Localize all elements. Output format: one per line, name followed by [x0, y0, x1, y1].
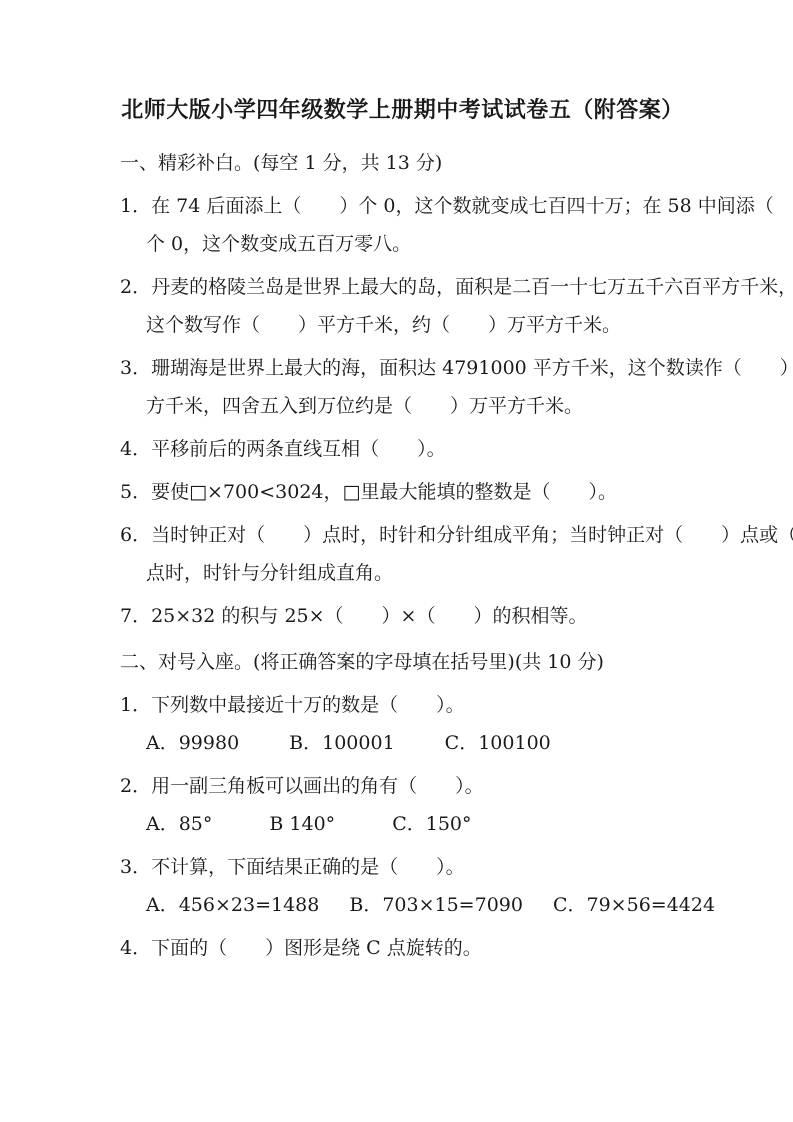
choice-question-3-stem: 3．不计算，下面结果正确的是（ ）。: [120, 848, 685, 886]
choice-question-4-stem: 4．下面的（ ）图形是绕 C 点旋转的。: [120, 929, 685, 967]
choice-question-2-options-row: A．85° B 140° C．150°: [120, 805, 685, 843]
choice-question-3-options-row: A．456×23=1488 B．703×15=7090 C．79×56=4424: [120, 886, 685, 924]
choice-question-1-options-row: A．99980 B．100001 C．100100: [120, 724, 685, 762]
question-6: 6．当时钟正对（ ）点时，时针和分针组成平角；当时钟正对（ ）点或（ ） 点时，…: [120, 516, 685, 592]
choice-question-3-option-b: B．703×15=7090: [349, 886, 523, 924]
question-5: 5．要使□×700<3024，□里最大能填的整数是（ ）。: [120, 473, 685, 511]
page-title: 北师大版小学四年级数学上册期中考试试卷五（附答案）: [120, 96, 685, 126]
choice-question-1-option-a: A．99980: [146, 724, 239, 762]
question-3-line-2: 方千米，四舍五入到万位约是（ ）万平方千米。: [120, 387, 685, 425]
question-2-line-2: 这个数写作（ ）平方千米，约（ ）万平方千米。: [120, 306, 685, 344]
choice-question-2-option-c: C．150°: [392, 805, 471, 843]
choice-question-1: 1．下列数中最接近十万的数是（ ）。 A．99980 B．100001 C．10…: [120, 686, 685, 762]
question-1-line-1: 1．在 74 后面添上（ ）个 0，这个数就变成七百四十万；在 58 中间添（ …: [120, 187, 685, 225]
choice-question-1-stem: 1．下列数中最接近十万的数是（ ）。: [120, 686, 685, 724]
section-fill-in-blanks: 一、精彩补白。(每空 1 分，共 13 分) 1．在 74 后面添上（ ）个 0…: [120, 144, 685, 635]
choice-question-3-option-a: A．456×23=1488: [146, 886, 319, 924]
question-1: 1．在 74 后面添上（ ）个 0，这个数就变成七百四十万；在 58 中间添（ …: [120, 187, 685, 263]
choice-question-3: 3．不计算，下面结果正确的是（ ）。 A．456×23=1488 B．703×1…: [120, 848, 685, 924]
choice-question-2: 2．用一副三角板可以画出的角有（ ）。 A．85° B 140° C．150°: [120, 767, 685, 843]
choice-question-4: 4．下面的（ ）图形是绕 C 点旋转的。: [120, 929, 685, 967]
question-6-line-1: 6．当时钟正对（ ）点时，时针和分针组成平角；当时钟正对（ ）点或（ ）: [120, 516, 685, 554]
question-3-line-1: 3．珊瑚海是世界上最大的海，面积达 4791000 平方千米，这个数读作（ ）平: [120, 349, 685, 387]
choice-question-2-option-b: B 140°: [269, 805, 335, 843]
choice-question-2-option-a: A．85°: [146, 805, 212, 843]
section-1-heading: 一、精彩补白。(每空 1 分，共 13 分): [120, 144, 685, 182]
question-4-line-1: 4．平移前后的两条直线互相（ ）。: [120, 430, 685, 468]
choice-question-3-option-c: C．79×56=4424: [553, 886, 715, 924]
question-4: 4．平移前后的两条直线互相（ ）。: [120, 430, 685, 468]
choice-question-2-stem: 2．用一副三角板可以画出的角有（ ）。: [120, 767, 685, 805]
choice-question-1-option-b: B．100001: [289, 724, 395, 762]
exam-paper-page: 北师大版小学四年级数学上册期中考试试卷五（附答案） 一、精彩补白。(每空 1 分…: [0, 0, 793, 1122]
question-2-line-1: 2．丹麦的格陵兰岛是世界上最大的岛，面积是二百一十七万五千六百平方千米，: [120, 268, 685, 306]
question-1-line-2: 个 0，这个数变成五百万零八。: [120, 225, 685, 263]
section-multiple-choice: 二、对号入座。(将正确答案的字母填在括号里)(共 10 分) 1．下列数中最接近…: [120, 643, 685, 967]
section-2-heading: 二、对号入座。(将正确答案的字母填在括号里)(共 10 分): [120, 643, 685, 681]
choice-question-1-option-c: C．100100: [445, 724, 551, 762]
question-7: 7．25×32 的积与 25×（ ）×（ ）的积相等。: [120, 597, 685, 635]
question-5-line-1: 5．要使□×700<3024，□里最大能填的整数是（ ）。: [120, 473, 685, 511]
question-2: 2．丹麦的格陵兰岛是世界上最大的岛，面积是二百一十七万五千六百平方千米， 这个数…: [120, 268, 685, 344]
question-6-line-2: 点时，时针与分针组成直角。: [120, 554, 685, 592]
question-3: 3．珊瑚海是世界上最大的海，面积达 4791000 平方千米，这个数读作（ ）平…: [120, 349, 685, 425]
question-7-line-1: 7．25×32 的积与 25×（ ）×（ ）的积相等。: [120, 597, 685, 635]
